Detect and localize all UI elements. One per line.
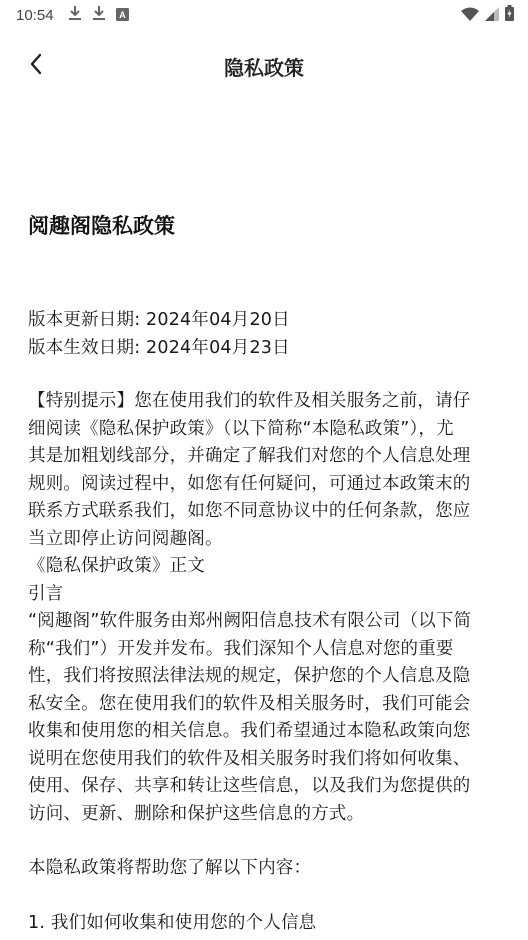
notice-line: 其是加粗划线部分，并确定了解我们对您的个人信息处理	[28, 443, 500, 471]
summary-intro: 本隐私政策将帮助您了解以下内容：	[28, 855, 500, 883]
version-dates: 版本更新日期: 2024年04月20日 版本生效日期: 2024年04月23日	[28, 307, 500, 362]
effective-date: 版本生效日期: 2024年04月23日	[28, 335, 500, 363]
notice-line: 联系方式联系我们，如您不同意协议中的任何条款，您应	[28, 498, 500, 526]
policy-content: 阅趣阁隐私政策 版本更新日期: 2024年04月20日 版本生效日期: 2024…	[28, 205, 500, 937]
svg-text:A: A	[119, 10, 126, 20]
status-bar: 10:54 A	[0, 0, 528, 30]
notice-line: 细阅读《隐私保护政策》（以下简称“本隐私政策”），尤	[28, 416, 500, 444]
update-date: 版本更新日期: 2024年04月20日	[28, 307, 500, 335]
download-icon	[92, 5, 106, 25]
status-left: 10:54 A	[16, 5, 139, 25]
notice-line: 当立即停止访问阅趣阁。	[28, 526, 500, 554]
intro-line: 说明在您使用我们的软件及相关服务时我们将如何收集、	[28, 746, 500, 774]
special-notice: 【特别提示】您在使用我们的软件及相关服务之前，请仔 细阅读《隐私保护政策》（以下…	[28, 388, 500, 553]
page-title: 隐私政策	[0, 52, 528, 81]
intro-line: 访问、更新、删除和保护这些信息的方式。	[28, 801, 500, 829]
notice-line: 规则。阅读过程中，如您有任何疑问，可通过本政策末的	[28, 471, 500, 499]
toc-item: 1. 我们如何收集和使用您的个人信息	[28, 910, 500, 938]
document-title: 阅趣阁隐私政策	[28, 205, 500, 247]
app-bar: 隐私政策	[0, 38, 528, 94]
intro-heading: 引言	[28, 581, 500, 609]
status-time: 10:54	[16, 7, 54, 24]
intro-line: 称“我们”）开发并发布。我们深知个人信息对您的重要	[28, 636, 500, 664]
intro-line: 私安全。您在使用我们的软件及相关服务时，我们可能会	[28, 691, 500, 719]
intro-line: “阅趣阁”软件服务由郑州阙阳信息技术有限公司（以下简	[28, 608, 500, 636]
intro-line: 收集和使用您的相关信息。我们希望通过本隐私政策向您	[28, 718, 500, 746]
cellular-signal-icon	[485, 6, 499, 25]
status-right	[461, 5, 514, 25]
download-icon	[68, 5, 82, 25]
notice-line: 【特别提示】您在使用我们的软件及相关服务之前，请仔	[28, 388, 500, 416]
intro-line: 使用、保存、共享和转让这些信息，以及我们为您提供的	[28, 773, 500, 801]
intro-paragraph: “阅趣阁”软件服务由郑州阙阳信息技术有限公司（以下简 称“我们”）开发并发布。我…	[28, 608, 500, 828]
wifi-icon	[461, 6, 479, 25]
battery-charging-icon	[505, 5, 514, 25]
intro-line: 性，我们将按照法律法规的规定，保护您的个人信息及隐	[28, 663, 500, 691]
keyboard-a-icon: A	[116, 6, 129, 25]
body-heading: 《隐私保护政策》正文	[28, 553, 500, 581]
